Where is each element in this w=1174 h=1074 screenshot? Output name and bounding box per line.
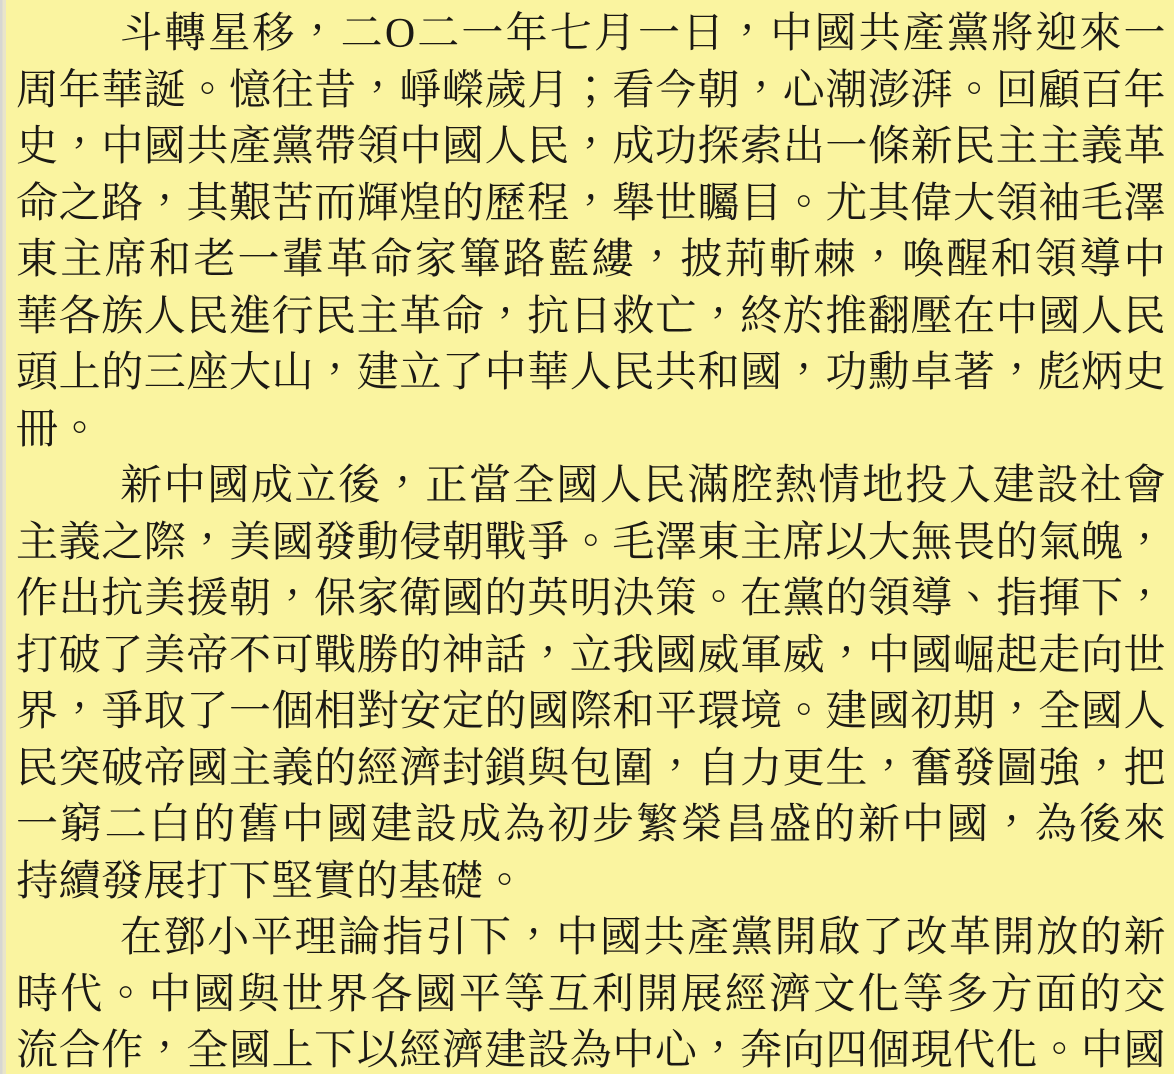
text-line: 作出抗美援朝，保家衛國的英明決策。在黨的領導、指揮下， bbox=[16, 571, 1166, 628]
paragraph: 在鄧小平理論指引下，中國共產黨開啟了改革開放的新時代。中國與世界各國平等互利開展… bbox=[16, 910, 1166, 1074]
text-line: 持續發展打下堅實的基礎。 bbox=[16, 854, 1166, 911]
page-left-edge bbox=[0, 0, 6, 1074]
text-line: 新中國成立後，正當全國人民滿腔熱情地投入建設社會 bbox=[16, 458, 1166, 515]
text-line: 斗轉星移，二O二一年七月一日，中國共產黨將迎來一百 bbox=[16, 6, 1166, 63]
text-line: 民突破帝國主義的經濟封鎖與包圍，自力更生，奮發圖強，把 bbox=[16, 741, 1166, 798]
document-page: 斗轉星移，二O二一年七月一日，中國共產黨將迎來一百周年華誕。憶往昔，崢嶸歲月；看… bbox=[0, 0, 1174, 1074]
text-line: 史，中國共產黨帶領中國人民，成功探索出一條新民主主義革 bbox=[16, 119, 1166, 176]
text-line: 一窮二白的舊中國建設成為初步繁榮昌盛的新中國，為後來 bbox=[16, 797, 1166, 854]
text-line: 頭上的三座大山，建立了中華人民共和國，功勳卓著，彪炳史 bbox=[16, 345, 1166, 402]
text-line: 在鄧小平理論指引下，中國共產黨開啟了改革開放的新 bbox=[16, 910, 1166, 967]
paragraph: 斗轉星移，二O二一年七月一日，中國共產黨將迎來一百周年華誕。憶往昔，崢嶸歲月；看… bbox=[16, 6, 1166, 458]
text-line: 界，爭取了一個相對安定的國際和平環境。建國初期，全國人 bbox=[16, 684, 1166, 741]
text-line: 流合作，全國上下以經濟建設為中心，奔向四個現代化。中國 bbox=[16, 1023, 1166, 1074]
paragraph: 新中國成立後，正當全國人民滿腔熱情地投入建設社會主義之際，美國發動侵朝戰爭。毛澤… bbox=[16, 458, 1166, 910]
text-line: 打破了美帝不可戰勝的神話，立我國威軍威，中國崛起走向世 bbox=[16, 628, 1166, 685]
text-line: 華各族人民進行民主革命，抗日救亡，終於推翻壓在中國人民 bbox=[16, 289, 1166, 346]
text-line: 東主席和老一輩革命家篳路藍縷，披荊斬棘，喚醒和領導中 bbox=[16, 232, 1166, 289]
text-line: 命之路，其艱苦而輝煌的歷程，舉世矚目。尤其偉大領袖毛澤 bbox=[16, 176, 1166, 233]
text-line: 周年華誕。憶往昔，崢嶸歲月；看今朝，心潮澎湃。回顧百年歷 bbox=[16, 63, 1166, 120]
text-line: 冊。 bbox=[16, 402, 1166, 459]
text-line: 時代。中國與世界各國平等互利開展經濟文化等多方面的交 bbox=[16, 967, 1166, 1024]
document-text: 斗轉星移，二O二一年七月一日，中國共產黨將迎來一百周年華誕。憶往昔，崢嶸歲月；看… bbox=[16, 6, 1166, 1074]
text-line: 主義之際，美國發動侵朝戰爭。毛澤東主席以大無畏的氣魄， bbox=[16, 515, 1166, 572]
